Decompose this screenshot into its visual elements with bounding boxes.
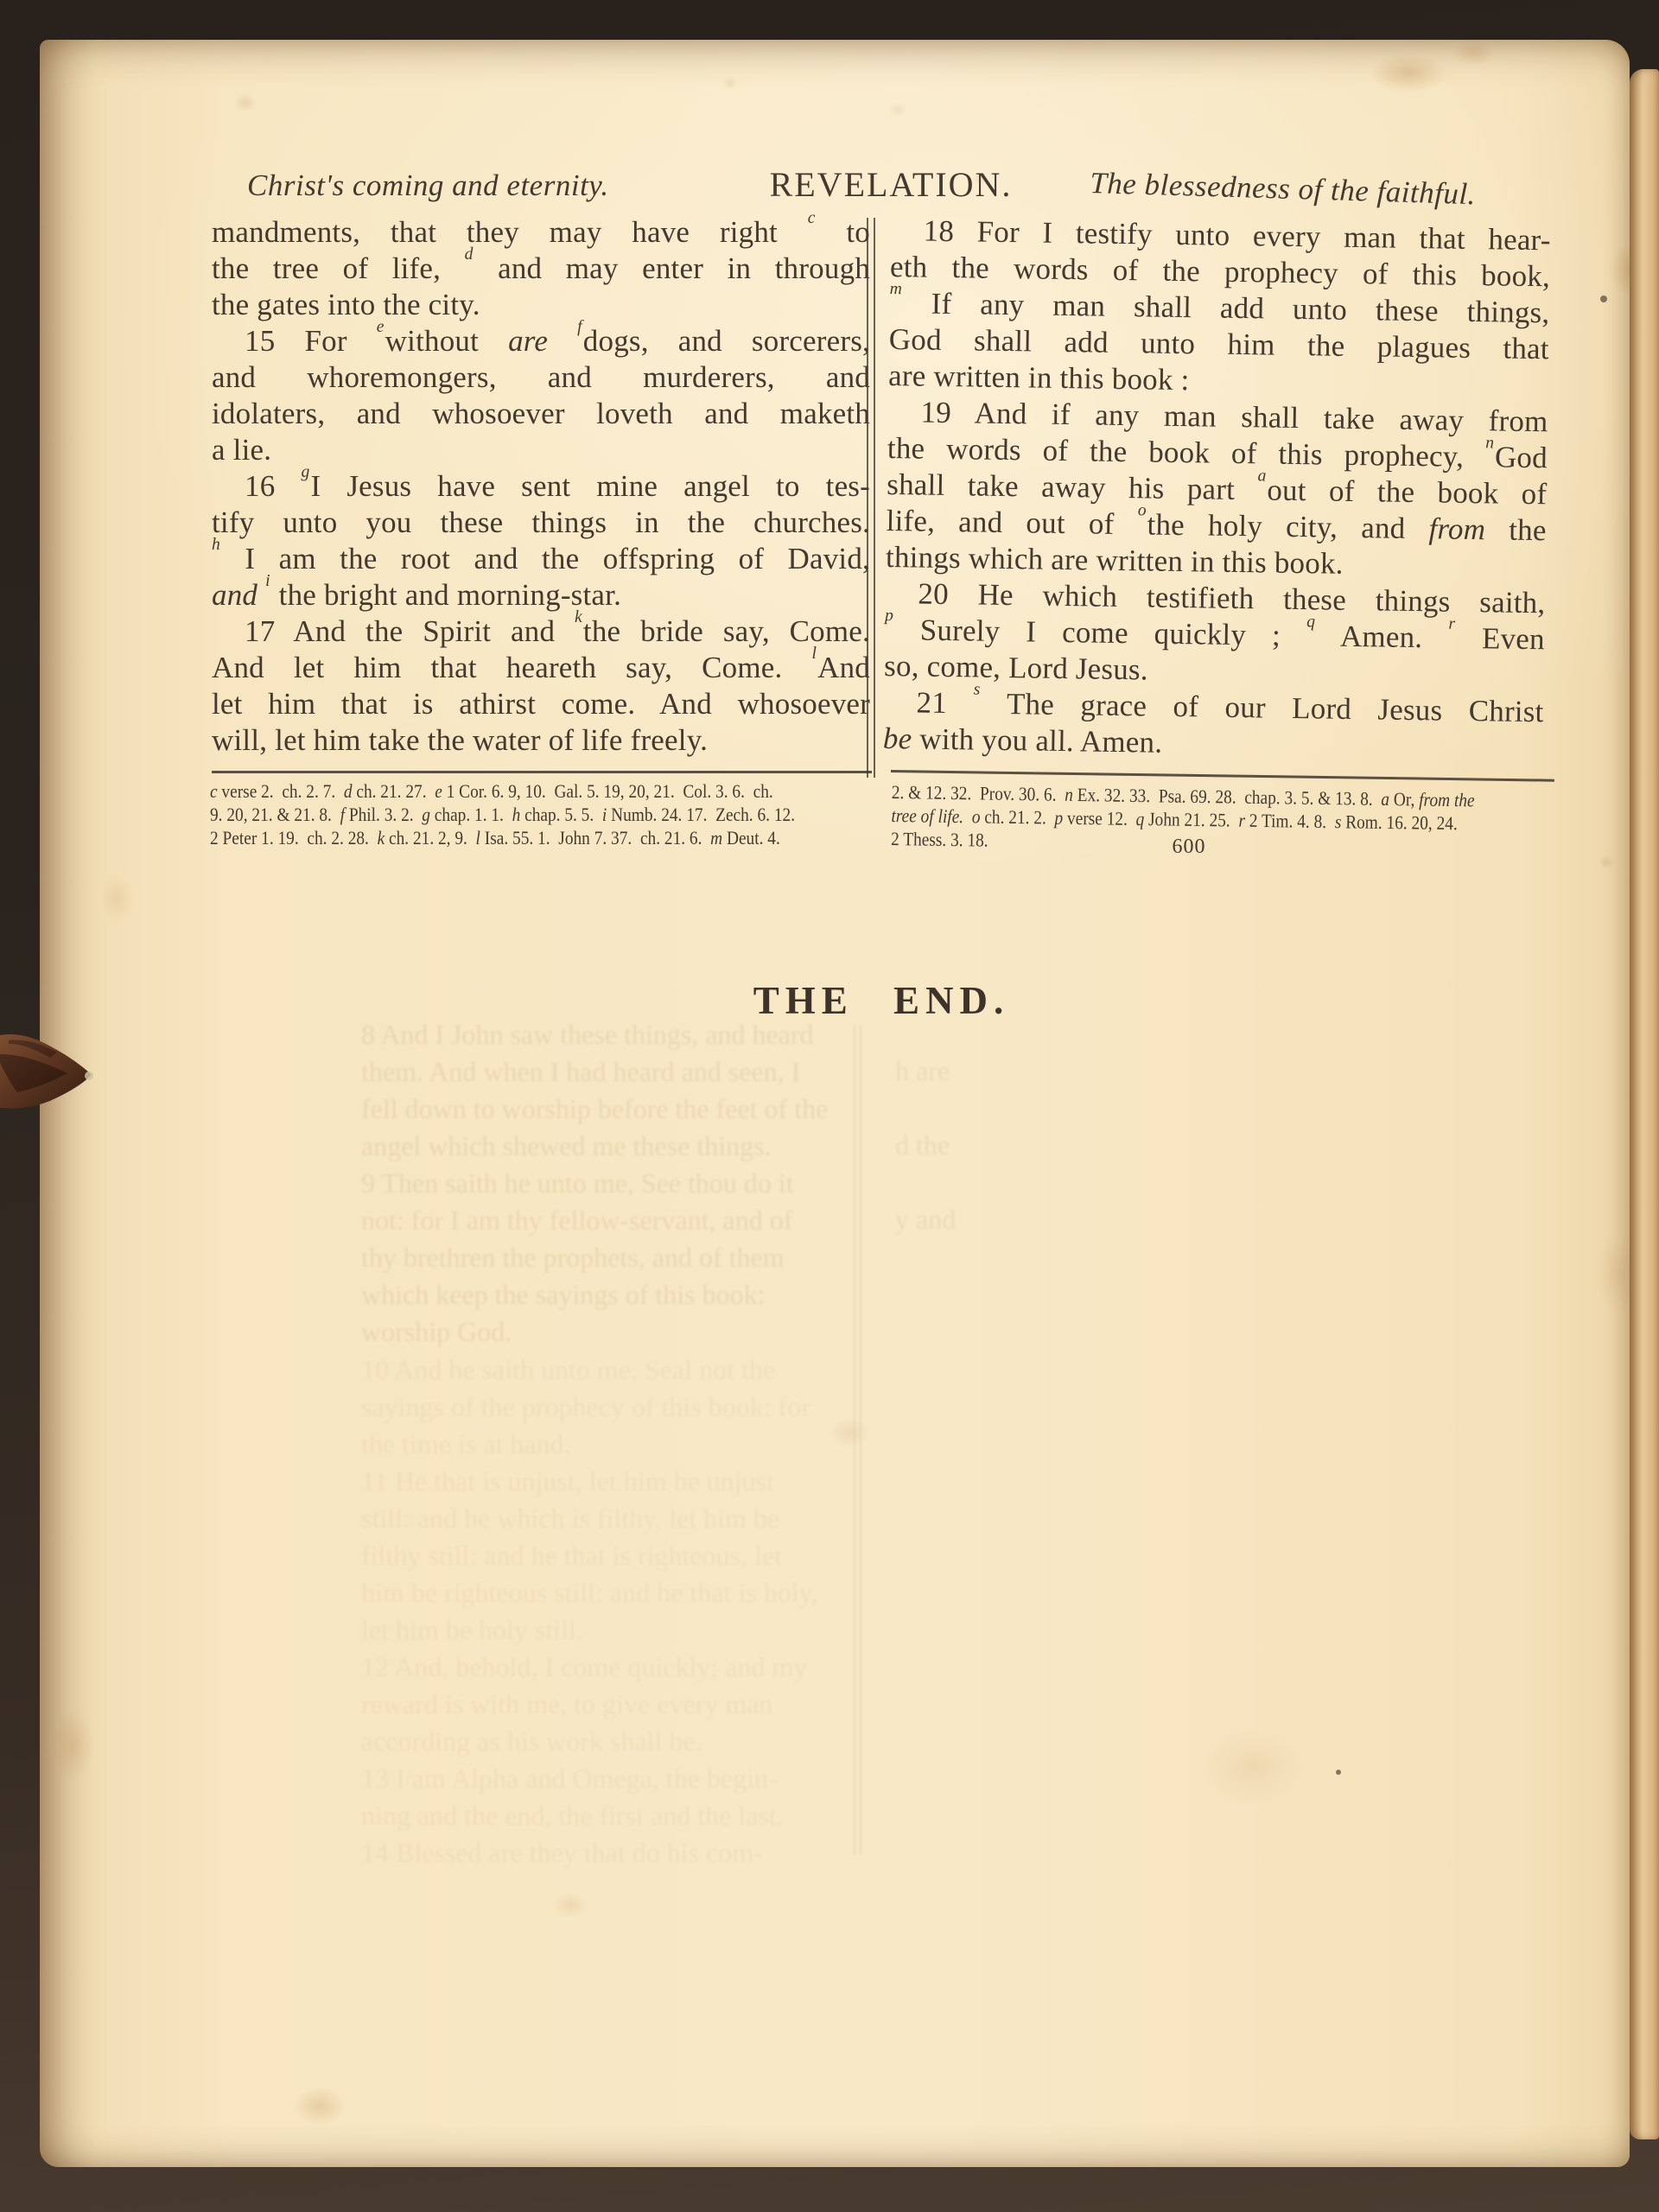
book-page: Christ's coming and eternity. REVELATION… [40, 40, 1630, 2167]
ghost-text-line: angel which shewed me these things. [361, 1128, 931, 1165]
ink-speck [1600, 296, 1607, 302]
text-line: the tree of life, d and may enter in thr… [212, 251, 870, 287]
text-line: the gates into the city. [212, 287, 870, 323]
foxing-spot [553, 1892, 588, 1918]
ghost-text-line: h are [895, 1052, 1016, 1090]
footnotes-left: c verse 2. ch. 2. 7. d ch. 21. 27. e 1 C… [210, 779, 875, 849]
foxing-spot [234, 93, 257, 112]
running-head-right: The blessedness of the faithful. [1090, 166, 1505, 213]
foxing-spot [829, 1417, 869, 1448]
ghost-text-line [895, 1090, 1016, 1127]
text-line: and whoremongers, and murderers, and [212, 359, 870, 396]
ghost-text-line: 12 And, behold, I come quickly; and my [361, 1649, 931, 1686]
text-line: will, let him take the water of life fre… [212, 722, 870, 759]
foxing-spot [722, 76, 738, 90]
text-line: 16 gI Jesus have sent mine angel to tes- [212, 468, 870, 505]
text-line: 17 And the Spirit and kthe bride say, Co… [212, 613, 870, 650]
text-line: 15 For ewithout are fdogs, and sorcerers… [212, 323, 870, 359]
foxing-spot [99, 873, 134, 925]
foxing-spot [1599, 855, 1614, 869]
foxing-spot [888, 102, 907, 118]
text-line: c verse 2. ch. 2. 7. d ch. 21. 27. e 1 C… [210, 779, 875, 803]
ghost-text-line: worship God. [361, 1313, 931, 1351]
ink-speck [1336, 1770, 1341, 1775]
text-line: a lie. [212, 432, 870, 468]
verse-column-left: mandments, that they may have right c to… [212, 214, 870, 759]
ghost-text-line: let him be holy still. [361, 1611, 931, 1649]
foxing-spot [1370, 54, 1447, 92]
ghost-text-line: 14 Blessed are they that do his com- [361, 1834, 931, 1872]
ghost-text-line: fell down to worship before the feet of … [361, 1090, 931, 1128]
foxing-spot [1201, 1728, 1305, 1806]
ghost-text-line: filthy still: and he that is righteous, … [361, 1537, 931, 1574]
page-stack-fore-edge [1630, 69, 1659, 2139]
text-line: idolaters, and whosoever loveth and make… [212, 396, 870, 432]
ghost-text-line [895, 1164, 1016, 1201]
ghost-text-line: 8 And I John saw these things, and heard [361, 1016, 931, 1053]
text-line: tify unto you these things in the church… [212, 505, 870, 541]
ghost-text-line: according as his work shall be. [361, 1723, 931, 1760]
ghost-text-line: 11 He that is unjust, let him be unjust [361, 1463, 931, 1500]
foxing-spot [973, 173, 987, 185]
ghost-text-line: 9 Then saith he unto me, See thou do it [361, 1165, 931, 1202]
running-head-left: Christ's coming and eternity. [247, 168, 679, 203]
footnote-rule-left [212, 771, 872, 773]
ghost-text-line: 13 I am Alpha and Omega, the begin- [361, 1760, 931, 1797]
column-divider-rule [867, 218, 875, 778]
ghost-text-line: y and [895, 1201, 1016, 1238]
ghost-text-line: reward is with me, to give every man [361, 1686, 931, 1723]
photographed-book-page: { "page": { "header": { "left": "Christ'… [0, 0, 1659, 2212]
ghost-text-line: them. And when I had heard and seen, I [361, 1053, 931, 1090]
ghost-text-line: him be righteous still: and he that is h… [361, 1574, 931, 1611]
ghost-text-line: which keep the sayings of this book: [361, 1276, 931, 1313]
ghost-text-line: still: and he which is filthy, let him b… [361, 1500, 931, 1537]
verse-column-right: 18 For I testify unto every man that hea… [883, 213, 1551, 766]
footnote-rule-right [891, 770, 1554, 782]
text-line: let him that is athirst come. And whosoe… [212, 686, 870, 722]
ghost-text-line: thy brethren the prophets, and of them [361, 1239, 931, 1276]
ghost-text-line: not: for I am thy fellow-servant, and of [361, 1202, 931, 1239]
foxing-spot [294, 2087, 346, 2126]
ghost-text-line: ning and the end, the first and the last… [361, 1797, 931, 1834]
ghost-text-line: d the [895, 1127, 1016, 1164]
ghost-show-through-text: 8 And I John saw these things, and heard… [361, 1016, 931, 1351]
text-line: 2 Peter 1. 19. ch. 2. 28. k ch. 21. 2, 9… [210, 826, 875, 849]
foxing-spot [52, 1711, 95, 1780]
text-line: mandments, that they may have right c to [212, 214, 870, 251]
ghost-text-line: 10 And he saith unto me, Seal not the [361, 1351, 931, 1389]
page-number: 600 [1111, 836, 1267, 859]
ghost-show-through-fragments: h are d the y and [895, 1052, 1016, 1238]
text-line: and i the bright and morning-star. [212, 577, 870, 613]
text-line: h I am the root and the offspring of Dav… [212, 541, 870, 577]
text-line: 9. 20, 21. & 21. 8. f Phil. 3. 2. g chap… [210, 803, 875, 826]
text-line: And let him that heareth say, Come. lAnd [212, 650, 870, 686]
foxing-spot [1452, 40, 1495, 66]
book-clasp [0, 1028, 99, 1109]
